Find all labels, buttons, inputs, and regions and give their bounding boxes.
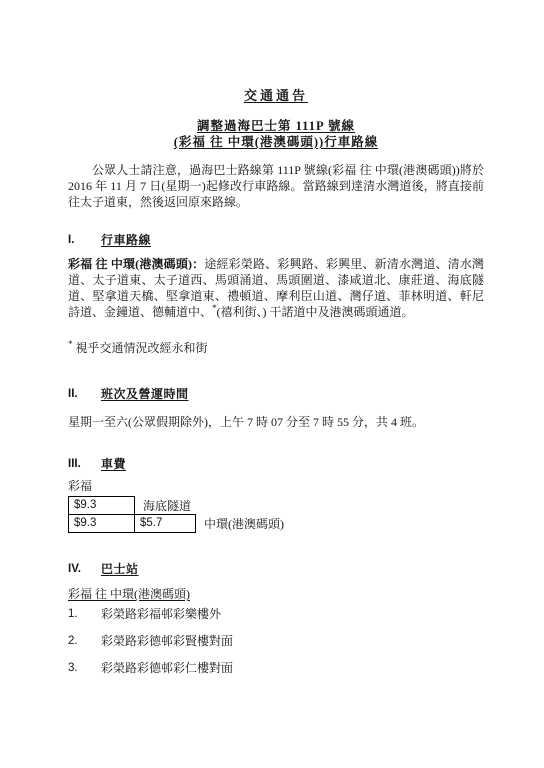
section-title-bus-stops: 巴士站: [101, 561, 139, 577]
section-heading-route: I. 行車路線: [68, 232, 484, 248]
bus-stop-item: 3. 彩榮路彩德邨彩仁樓對面: [68, 660, 484, 676]
fare-destination-tunnel: 海底隧道: [143, 498, 191, 514]
fare-row-2: $9.3 $5.7 中環(港澳碼頭): [68, 514, 484, 533]
fare-cell-row2-col1: $9.3: [68, 514, 135, 533]
bus-stops-direction-wrap: 彩福 往 中環(港澳碼頭): [68, 586, 484, 602]
notice-title: 交通通告: [68, 88, 484, 104]
section-numeral-4: IV.: [68, 561, 101, 577]
fare-cell-row1: $9.3: [68, 496, 135, 515]
bus-stop-item: 2. 彩榮路彩德邨彩賢樓對面: [68, 633, 484, 649]
section-title-route: 行車路線: [101, 232, 151, 248]
route-footnote: * 視乎交通情況改經永和街: [68, 340, 484, 356]
section-numeral-3: III.: [68, 456, 101, 472]
schedule-text: 星期一至六(公眾假期除外)，上午 7 時 07 分至 7 時 55 分，共 4 …: [68, 414, 484, 430]
bus-stop-item: 1. 彩榮路彩福邨彩樂樓外: [68, 606, 484, 622]
section-title-fare: 車費: [101, 456, 126, 472]
section-numeral-2: II.: [68, 386, 101, 402]
notice-heading-line2: (彩福 往 中環(港澳碼頭))行車路線: [68, 134, 484, 150]
intro-paragraph: 公眾人士請注意，過海巴士路線第 111P 號線(彩福 往 中環(港澳碼頭))將於…: [68, 162, 484, 210]
route-description: 彩福 往 中環(港澳碼頭)：途經彩榮路、彩興路、彩興里、新清水灣道、清水灣道、太…: [68, 256, 484, 320]
bus-stops-direction: 彩福 往 中環(港澳碼頭): [68, 587, 190, 601]
section-title-schedule: 班次及營運時間: [101, 386, 189, 402]
route-via-part2: (禧利街、) 干諾道中及港澳碼頭通道。: [217, 305, 414, 319]
bus-stop-number: 3.: [68, 660, 101, 676]
bus-stop-list: 1. 彩榮路彩福邨彩樂樓外 2. 彩榮路彩德邨彩賢樓對面 3. 彩榮路彩德邨彩仁…: [68, 606, 484, 676]
fare-table-block: 彩福 $9.3 海底隧道 $9.3 $5.7 中環(港澳碼頭): [68, 478, 484, 533]
bus-stop-number: 1.: [68, 606, 101, 622]
notice-heading-line1: 調整過海巴士第 111P 號線: [68, 118, 484, 134]
bus-stop-name: 彩榮路彩福邨彩樂樓外: [101, 606, 221, 622]
section-heading-fare: III. 車費: [68, 456, 484, 472]
section-heading-bus-stops: IV. 巴士站: [68, 561, 484, 577]
fare-origin-label: 彩福: [68, 478, 484, 494]
bus-stop-name: 彩榮路彩德邨彩仁樓對面: [101, 660, 233, 676]
fare-destination-central: 中環(港澳碼頭): [204, 516, 284, 532]
notice-document: 交通通告 調整過海巴士第 111P 號線 (彩福 往 中環(港澳碼頭))行車路線…: [0, 0, 544, 768]
bus-stop-name: 彩榮路彩德邨彩賢樓對面: [101, 633, 233, 649]
bus-stop-number: 2.: [68, 633, 101, 649]
fare-cell-row2-col2: $5.7: [134, 514, 196, 533]
route-direction-label: 彩福 往 中環(港澳碼頭)：: [68, 257, 204, 271]
section-numeral-1: I.: [68, 232, 101, 248]
route-footnote-text: 視乎交通情況改經永和街: [73, 341, 208, 355]
section-heading-schedule: II. 班次及營運時間: [68, 386, 484, 402]
notice-heading: 調整過海巴士第 111P 號線 (彩福 往 中環(港澳碼頭))行車路線: [68, 118, 484, 150]
fare-row-1: $9.3 海底隧道: [68, 496, 484, 515]
